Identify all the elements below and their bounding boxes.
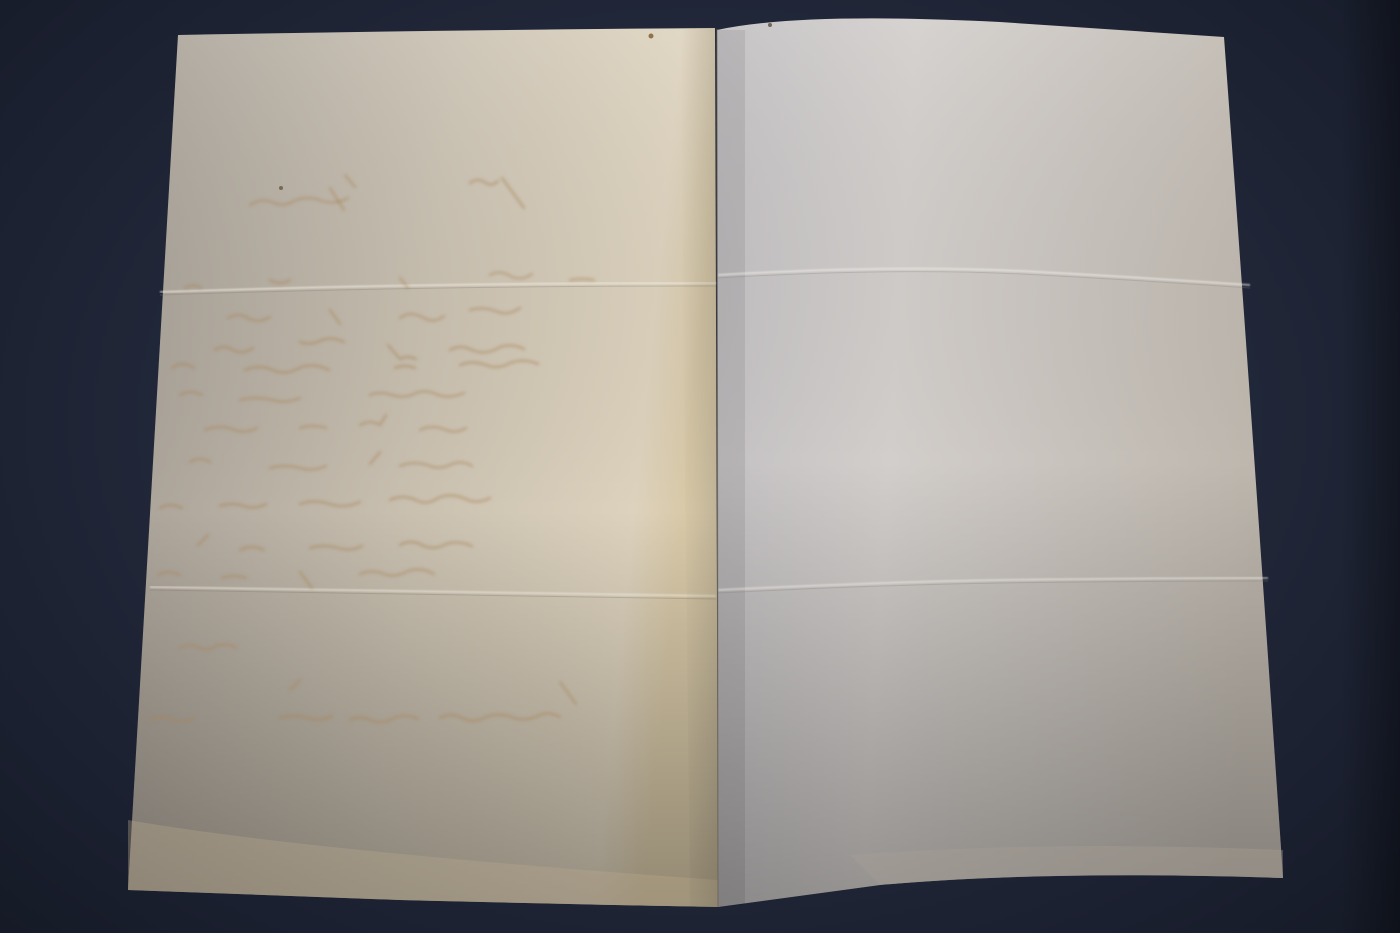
right-page <box>717 18 1283 907</box>
left-page <box>128 28 718 907</box>
letter-photo <box>0 0 1400 933</box>
open-letter <box>0 0 1400 933</box>
